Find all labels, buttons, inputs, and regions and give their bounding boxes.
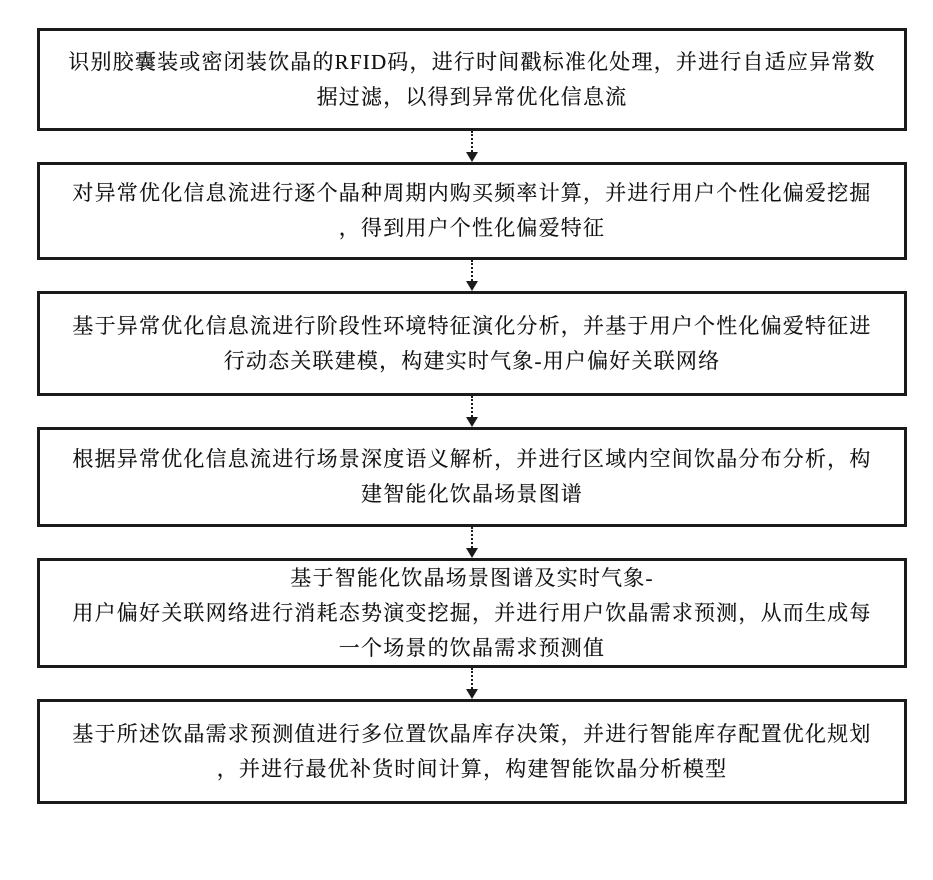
step-5-line-2: 用户偏好关联网络进行消耗态势演变挖掘，并进行用户饮晶需求预测，从而生成每 <box>72 596 871 631</box>
flowchart-step-3: 基于异常优化信息流进行阶段性环境特征演化分析，并基于用户个性化偏爱特征进 行动态… <box>37 291 907 396</box>
arrow-head <box>466 689 478 699</box>
flowchart-step-5: 基于智能化饮晶场景图谱及实时气象- 用户偏好关联网络进行消耗态势演变挖掘，并进行… <box>37 558 907 668</box>
arrow-head <box>466 152 478 162</box>
step-5-line-3: 一个场景的饮晶需求预测值 <box>339 631 605 666</box>
down-arrow-icon <box>37 131 907 162</box>
flowchart-canvas: 识别胶囊装或密闭装饮晶的RFID码，进行时间戳标准化处理，并进行自适应异常数 据… <box>0 0 933 880</box>
step-6-line-1: 基于所述饮晶需求预测值进行多位置饮晶库存决策，并进行智能库存配置优化规划 <box>72 717 871 752</box>
step-4-line-1: 根据异常优化信息流进行场景深度语义解析，并进行区域内空间饮晶分布分析，构 <box>72 442 871 477</box>
arrow-shaft <box>471 131 473 152</box>
step-3-line-1: 基于异常优化信息流进行阶段性环境特征演化分析，并基于用户个性化偏爱特征进 <box>72 309 871 344</box>
arrow-shaft <box>471 260 473 281</box>
down-arrow-icon <box>37 668 907 699</box>
step-2-line-1: 对异常优化信息流进行逐个晶种周期内购买频率计算，并进行用户个性化偏爱挖掘 <box>72 176 871 211</box>
down-arrow-icon <box>37 527 907 558</box>
step-5-line-1: 基于智能化饮晶场景图谱及实时气象- <box>290 561 653 596</box>
flowchart-step-2: 对异常优化信息流进行逐个晶种周期内购买频率计算，并进行用户个性化偏爱挖掘 ，得到… <box>37 162 907 260</box>
step-4-line-2: 建智能化饮晶场景图谱 <box>361 477 583 512</box>
arrow-head <box>466 417 478 427</box>
down-arrow-icon <box>37 396 907 427</box>
arrow-shaft <box>471 668 473 689</box>
arrow-head <box>466 281 478 291</box>
arrow-shaft <box>471 527 473 548</box>
flowchart-step-6: 基于所述饮晶需求预测值进行多位置饮晶库存决策，并进行智能库存配置优化规划 ，并进… <box>37 699 907 804</box>
arrow-head <box>466 548 478 558</box>
step-1-line-2: 据过滤，以得到异常优化信息流 <box>317 80 628 115</box>
flowchart-step-1: 识别胶囊装或密闭装饮晶的RFID码，进行时间戳标准化处理，并进行自适应异常数 据… <box>37 28 907 131</box>
arrow-shaft <box>471 396 473 417</box>
step-6-line-2: ，并进行最优补货时间计算，构建智能饮晶分析模型 <box>217 752 728 787</box>
step-2-line-2: ，得到用户个性化偏爱特征 <box>339 211 605 246</box>
step-3-line-2: 行动态关联建模，构建实时气象-用户偏好关联网络 <box>224 344 721 379</box>
down-arrow-icon <box>37 260 907 291</box>
step-1-line-1: 识别胶囊装或密闭装饮晶的RFID码，进行时间戳标准化处理，并进行自适应异常数 <box>68 45 875 80</box>
flowchart-step-4: 根据异常优化信息流进行场景深度语义解析，并进行区域内空间饮晶分布分析，构 建智能… <box>37 427 907 527</box>
